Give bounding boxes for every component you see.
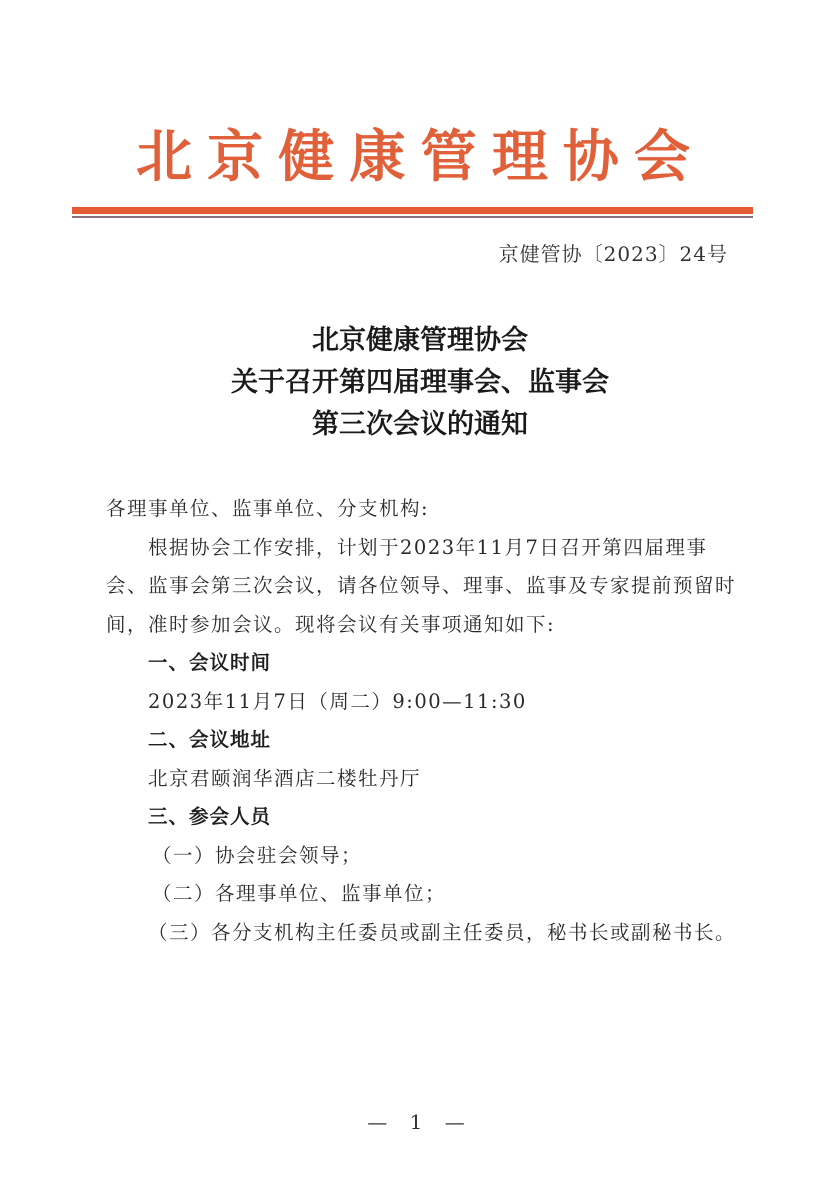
letterhead-divider-thin <box>72 216 753 218</box>
section-heading-time: 一、会议时间 <box>106 644 746 683</box>
letterhead-title: 北 京 健 康 管 理 协 会 <box>72 118 752 198</box>
letterhead-char: 管 <box>421 130 477 186</box>
attendee-item: （一）协会驻会领导； <box>106 837 746 876</box>
letterhead-char: 会 <box>634 130 690 186</box>
salutation: 各理事单位、监事单位、分支机构: <box>106 490 746 529</box>
section-heading-address: 二、会议地址 <box>106 721 746 760</box>
page-number: — 1 — <box>0 1110 840 1134</box>
attendee-item: （二）各理事单位、监事单位； <box>106 875 746 914</box>
meeting-address: 北京君颐润华酒店二楼牡丹厅 <box>106 760 746 799</box>
letterhead-char: 协 <box>563 130 619 186</box>
letterhead-char: 北 <box>136 130 192 186</box>
section-heading-attendees: 三、参会人员 <box>106 798 746 837</box>
letterhead-char: 康 <box>349 130 405 186</box>
intro-paragraph: 根据协会工作安排，计划于2023年11月7日召开第四届理事会、监事会第三次会议，… <box>106 529 746 645</box>
letterhead-char: 京 <box>207 130 263 186</box>
letterhead-divider-thick <box>72 207 753 214</box>
title-line-3: 第三次会议的通知 <box>0 404 840 446</box>
meeting-time: 2023年11月7日（周二）9:00—11:30 <box>106 683 746 722</box>
document-number: 京健管协〔2023〕24号 <box>499 238 728 267</box>
letterhead-char: 理 <box>492 130 548 186</box>
document-page: 北 京 健 康 管 理 协 会 京健管协〔2023〕24号 北京健康管理协会 关… <box>0 0 840 1187</box>
document-title: 北京健康管理协会 关于召开第四届理事会、监事会 第三次会议的通知 <box>0 320 840 446</box>
document-body: 各理事单位、监事单位、分支机构: 根据协会工作安排，计划于2023年11月7日召… <box>106 490 746 952</box>
letterhead-char: 健 <box>278 130 334 186</box>
title-line-2: 关于召开第四届理事会、监事会 <box>0 362 840 404</box>
attendee-item: （三）各分支机构主任委员或副主任委员，秘书长或副秘书长。 <box>106 914 746 953</box>
title-line-1: 北京健康管理协会 <box>0 320 840 362</box>
